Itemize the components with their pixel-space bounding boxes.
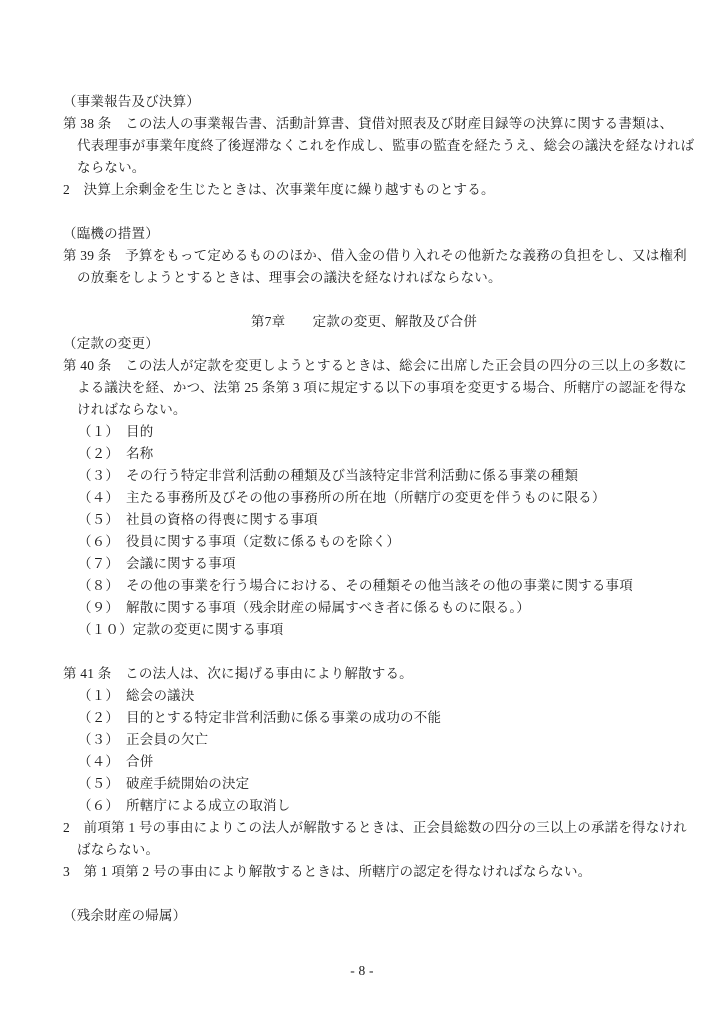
list-item-line: （１） 総会の議決: [63, 685, 693, 707]
list-item-line: （７） 会議に関する事項: [63, 553, 693, 575]
continuation-line: 代表理事が事業年度終了後遅滞なくこれを作成し、監事の監査を経たうえ、総会の議決を…: [63, 135, 693, 157]
continuation-line: ならない。: [63, 157, 693, 179]
blank-line: [63, 201, 693, 223]
list-item-line: （５） 社員の資格の得喪に関する事項: [63, 509, 693, 531]
section-heading-line: （事業報告及び決算）: [63, 91, 693, 113]
list-item-line: （８） その他の事業を行う場合における、その種類その他当該その他の事業に関する事…: [63, 575, 693, 597]
article-line: 第 41 条 この法人は、次に掲げる事由により解散する。: [63, 663, 693, 685]
list-item-line: （４） 合併: [63, 751, 693, 773]
blank-line: [63, 289, 693, 311]
section-heading-line: （臨機の措置）: [63, 223, 693, 245]
list-item-line: （３） 正会員の欠亡: [63, 729, 693, 751]
section-heading-line: （残余財産の帰属）: [63, 905, 693, 927]
list-item-line: （３） その行う特定非営利活動の種類及び当該特定非営利活動に係る事業の種類: [63, 465, 693, 487]
continuation-line: ければならない。: [63, 399, 693, 421]
chapter-heading: 第7章 定款の変更、解散及び合併: [63, 311, 693, 333]
article-line: 第 38 条 この法人の事業報告書、活動計算書、貸借対照表及び財産目録等の決算に…: [63, 113, 693, 135]
document-page: （事業報告及び決算）第 38 条 この法人の事業報告書、活動計算書、貸借対照表及…: [0, 0, 724, 1024]
blank-line: [63, 883, 693, 905]
section-heading-line: （定款の変更）: [63, 333, 693, 355]
document-body: （事業報告及び決算）第 38 条 この法人の事業報告書、活動計算書、貸借対照表及…: [63, 91, 693, 927]
continuation-line: の放棄をしようとするときは、理事会の議決を経なければならない。: [63, 267, 693, 289]
paragraph-line: 3 第 1 項第 2 号の事由により解散するときは、所轄庁の認定を得なければなら…: [63, 861, 693, 883]
list-item-line: （９） 解散に関する事項（残余財産の帰属すべき者に係るものに限る。）: [63, 597, 693, 619]
list-item-line: （２） 目的とする特定非営利活動に係る事業の成功の不能: [63, 707, 693, 729]
continuation-line: ばならない。: [63, 839, 693, 861]
list-item-line: （４） 主たる事務所及びその他の事務所の所在地（所轄庁の変更を伴うものに限る）: [63, 487, 693, 509]
article-line: 第 40 条 この法人が定款を変更しようとするときは、総会に出席した正会員の四分…: [63, 355, 693, 377]
list-item-line: （１０）定款の変更に関する事項: [63, 619, 693, 641]
list-item-line: （６） 所轄庁による成立の取消し: [63, 795, 693, 817]
list-item-line: （２） 名称: [63, 443, 693, 465]
list-item-line: （６） 役員に関する事項（定数に係るものを除く）: [63, 531, 693, 553]
page-number: - 8 -: [0, 960, 724, 982]
continuation-line: よる議決を経、かつ、法第 25 条第 3 項に規定する以下の事項を変更する場合、…: [63, 377, 693, 399]
paragraph-line: 2 前項第 1 号の事由によりこの法人が解散するときは、正会員総数の四分の三以上…: [63, 817, 693, 839]
paragraph-line: 2 決算上余剰金を生じたときは、次事業年度に繰り越すものとする。: [63, 179, 693, 201]
blank-line: [63, 641, 693, 663]
list-item-line: （５） 破産手続開始の決定: [63, 773, 693, 795]
article-line: 第 39 条 予算をもって定めるもののほか、借入金の借り入れその他新たな義務の負…: [63, 245, 693, 267]
list-item-line: （１） 目的: [63, 421, 693, 443]
